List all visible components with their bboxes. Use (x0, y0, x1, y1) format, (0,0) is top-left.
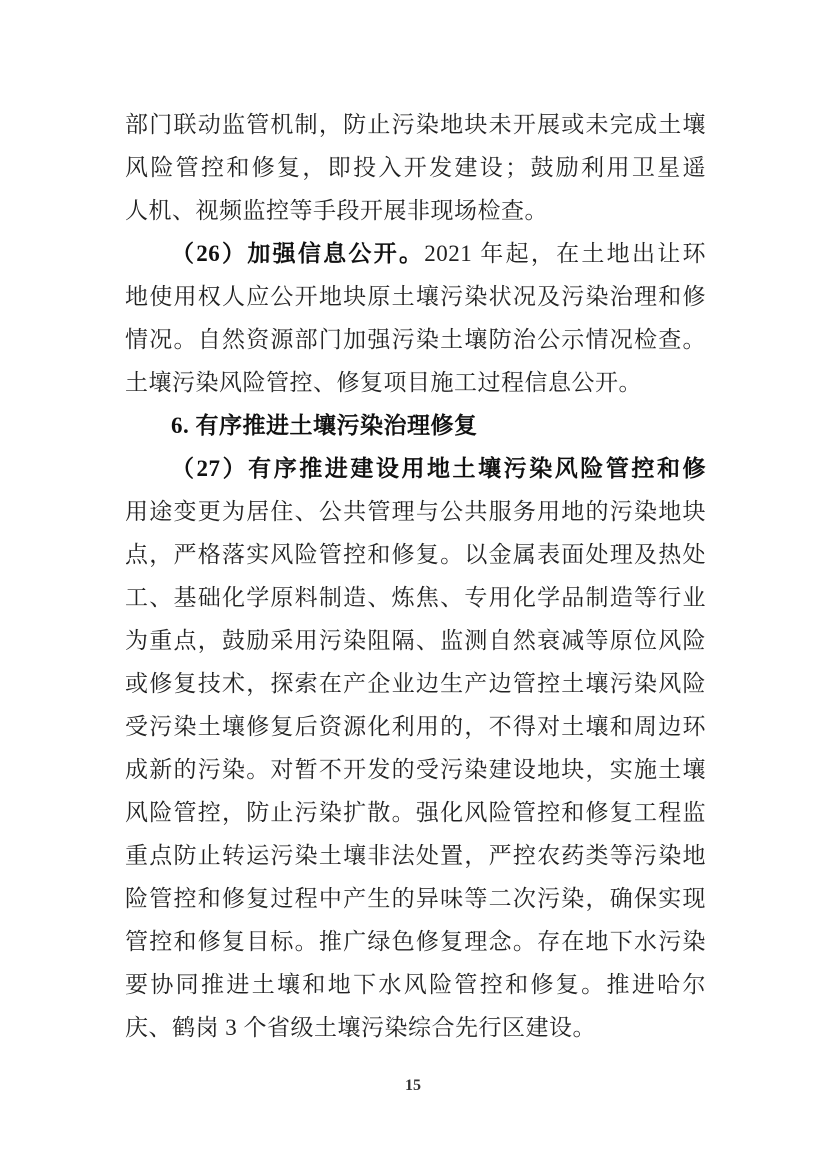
text-line: 地使用权人应公开地块原土壤污染状况及污染治理和修复 (125, 275, 706, 318)
text-run: 人机、视频监控等手段开展非现场检查。 (125, 198, 548, 223)
text-run: 用途变更为居住、公共管理与公共服务用地的污染地块为重 (125, 499, 706, 533)
bold-text-run: 6. 有序推进土壤污染治理修复 (171, 413, 478, 438)
text-line: 险管控和修复过程中产生的异味等二次污染，确保实现风险 (125, 877, 706, 920)
text-run: 险管控和修复过程中产生的异味等二次污染，确保实现风险 (125, 886, 706, 920)
text-run: 点，严格落实风险管控和修复。以金属表面处理及热处理加 (125, 542, 706, 576)
text-run: 土壤污染风险管控、修复项目施工过程信息公开。 (125, 370, 642, 395)
text-run: 风险管控和修复，即投入开发建设；鼓励利用卫星遥感、无 (125, 155, 706, 189)
text-run: 受污染土壤修复后资源化利用的，不得对土壤和周边环境造 (125, 714, 706, 748)
text-line: 庆、鹤岗 3 个省级土壤污染综合先行区建设。 (125, 1006, 706, 1049)
text-line: 为重点，鼓励采用污染阻隔、监测自然衰减等原位风险管控 (125, 619, 706, 662)
text-line: 6. 有序推进土壤污染治理修复 (125, 404, 706, 447)
text-line: （26）加强信息公开。2021 年起，在土地出让环节，土 (125, 232, 706, 275)
text-run: 管控和修复目标。推广绿色修复理念。存在地下水污染的， (125, 929, 706, 963)
document-page: 部门联动监管机制，防止污染地块未开展或未完成土壤污染风险管控和修复，即投入开发建… (0, 0, 826, 1169)
text-run: 庆、鹤岗 3 个省级土壤污染综合先行区建设。 (125, 1015, 596, 1040)
text-line: 部门联动监管机制，防止污染地块未开展或未完成土壤污染 (125, 103, 706, 146)
text-run: 部门联动监管机制，防止污染地块未开展或未完成土壤污染 (125, 112, 706, 146)
text-line: 风险管控，防止污染扩散。强化风险管控和修复工程监管， (125, 791, 706, 834)
section-heading: 6. 有序推进土壤污染治理修复 (125, 404, 706, 447)
text-line: 或修复技术，探索在产企业边生产边管控土壤污染风险模式。 (125, 662, 706, 705)
text-line: 人机、视频监控等手段开展非现场检查。 (125, 189, 706, 232)
text-run: 情况。自然资源部门加强污染土壤防治公示情况检查。强化 (125, 327, 706, 361)
text-run: 工、基础化学原料制造、炼焦、专用化学品制造等行业企业 (125, 585, 706, 619)
text-line: 土壤污染风险管控、修复项目施工过程信息公开。 (125, 361, 706, 404)
text-run: 重点防止转运污染土壤非法处置，严控农药类等污染地块风 (125, 843, 706, 877)
text-line: 点，严格落实风险管控和修复。以金属表面处理及热处理加 (125, 533, 706, 576)
text-run: 或修复技术，探索在产企业边生产边管控土壤污染风险模式。 (125, 671, 706, 705)
text-line: 情况。自然资源部门加强污染土壤防治公示情况检查。强化 (125, 318, 706, 361)
text-run: 地使用权人应公开地块原土壤污染状况及污染治理和修复 (125, 284, 706, 318)
text-run: 成新的污染。对暂不开发的受污染建设地块，实施土壤污染 (125, 757, 706, 791)
paragraph: 部门联动监管机制，防止污染地块未开展或未完成土壤污染风险管控和修复，即投入开发建… (125, 103, 706, 232)
text-line: 工、基础化学原料制造、炼焦、专用化学品制造等行业企业 (125, 576, 706, 619)
page-number: 15 (0, 1077, 826, 1095)
text-body: 部门联动监管机制，防止污染地块未开展或未完成土壤污染风险管控和修复，即投入开发建… (125, 103, 706, 1049)
paragraph: （27）有序推进建设用地土壤污染风险管控和修复。以用途变更为居住、公共管理与公共… (125, 447, 706, 1049)
text-line: 管控和修复目标。推广绿色修复理念。存在地下水污染的， (125, 920, 706, 963)
paragraph: （26）加强信息公开。2021 年起，在土地出让环节，土地使用权人应公开地块原土… (125, 232, 706, 404)
text-line: 成新的污染。对暂不开发的受污染建设地块，实施土壤污染 (125, 748, 706, 791)
text-run: 风险管控，防止污染扩散。强化风险管控和修复工程监管， (125, 800, 706, 834)
text-line: 受污染土壤修复后资源化利用的，不得对土壤和周边环境造 (125, 705, 706, 748)
bold-text-run: （27）有序推进建设用地土壤污染风险管控和修复。 (125, 456, 706, 490)
text-line: 用途变更为居住、公共管理与公共服务用地的污染地块为重 (125, 490, 706, 533)
text-line: 风险管控和修复，即投入开发建设；鼓励利用卫星遥感、无 (125, 146, 706, 189)
text-run: 要协同推进土壤和地下水风险管控和修复。推进哈尔滨、大 (125, 972, 706, 1006)
text-run: 为重点，鼓励采用污染阻隔、监测自然衰减等原位风险管控 (125, 628, 706, 662)
text-line: 要协同推进土壤和地下水风险管控和修复。推进哈尔滨、大 (125, 963, 706, 1006)
text-line: 重点防止转运污染土壤非法处置，严控农药类等污染地块风 (125, 834, 706, 877)
bold-text-run: （26）加强信息公开。 (171, 241, 424, 266)
text-line: （27）有序推进建设用地土壤污染风险管控和修复。以 (125, 447, 706, 490)
